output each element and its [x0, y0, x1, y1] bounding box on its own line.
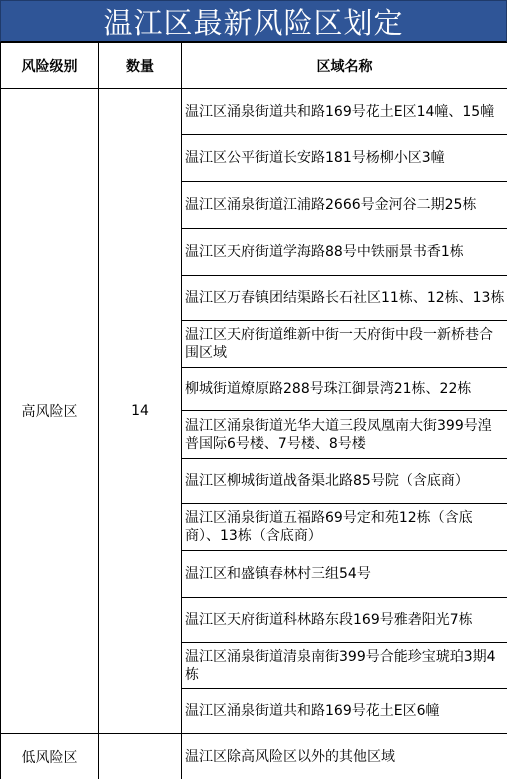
area-name: 温江区除高风险区以外的其他区域 — [182, 734, 507, 779]
area-name: 温江区柳城街道战备渠北路85号院（含底商） — [182, 459, 507, 504]
area-name: 温江区涌泉街道清泉南街399号合能珍宝琥珀3期4栋 — [182, 643, 507, 689]
header-area-name: 区域名称 — [182, 43, 507, 89]
area-name: 温江区和盛镇春林村三组54号 — [182, 551, 507, 598]
area-name: 温江区涌泉街道共和路169号花土E区14幢、15幢 — [182, 89, 507, 135]
area-name: 温江区天府街道学海路88号中铁丽景书香1栋 — [182, 229, 507, 276]
risk-area-table: 风险级别 数量 区域名称 高风险区 14 温江区涌泉街道共和路169号花土E区1… — [0, 42, 507, 779]
table-header-row: 风险级别 数量 区域名称 — [1, 43, 507, 89]
low-risk-count — [99, 734, 182, 779]
area-name: 温江区涌泉街道五福路69号定和苑12栋（含底商）、13栋（含底商） — [182, 504, 507, 551]
area-name: 温江区天府街道科林路东段169号雅砻阳光7栋 — [182, 598, 507, 643]
area-name: 温江区涌泉街道光华大道三段凤凰南大街399号湟普国际6号楼、7号楼、8号楼 — [182, 411, 507, 459]
area-name: 温江区涌泉街道江浦路2666号金河谷二期25栋 — [182, 182, 507, 229]
page-title: 温江区最新风险区划定 — [0, 0, 507, 42]
header-risk-level: 风险级别 — [1, 43, 99, 89]
high-risk-count: 14 — [99, 89, 182, 734]
table-row: 低风险区 温江区除高风险区以外的其他区域 — [1, 734, 507, 779]
area-name: 温江区天府街道维新中街一天府街中段一新桥巷合围区域 — [182, 321, 507, 368]
risk-level-high: 高风险区 — [1, 89, 99, 734]
area-name: 温江区涌泉街道共和路169号花土E区6幢 — [182, 689, 507, 734]
table-row: 高风险区 14 温江区涌泉街道共和路169号花土E区14幢、15幢 — [1, 89, 507, 135]
area-name: 柳城街道燎原路288号珠江御景湾21栋、22栋 — [182, 368, 507, 411]
area-name: 温江区万春镇团结渠路长石社区11栋、12栋、13栋 — [182, 276, 507, 321]
risk-level-low: 低风险区 — [1, 734, 99, 779]
header-count: 数量 — [99, 43, 182, 89]
area-name: 温江区公平街道长安路181号杨柳小区3幢 — [182, 135, 507, 182]
